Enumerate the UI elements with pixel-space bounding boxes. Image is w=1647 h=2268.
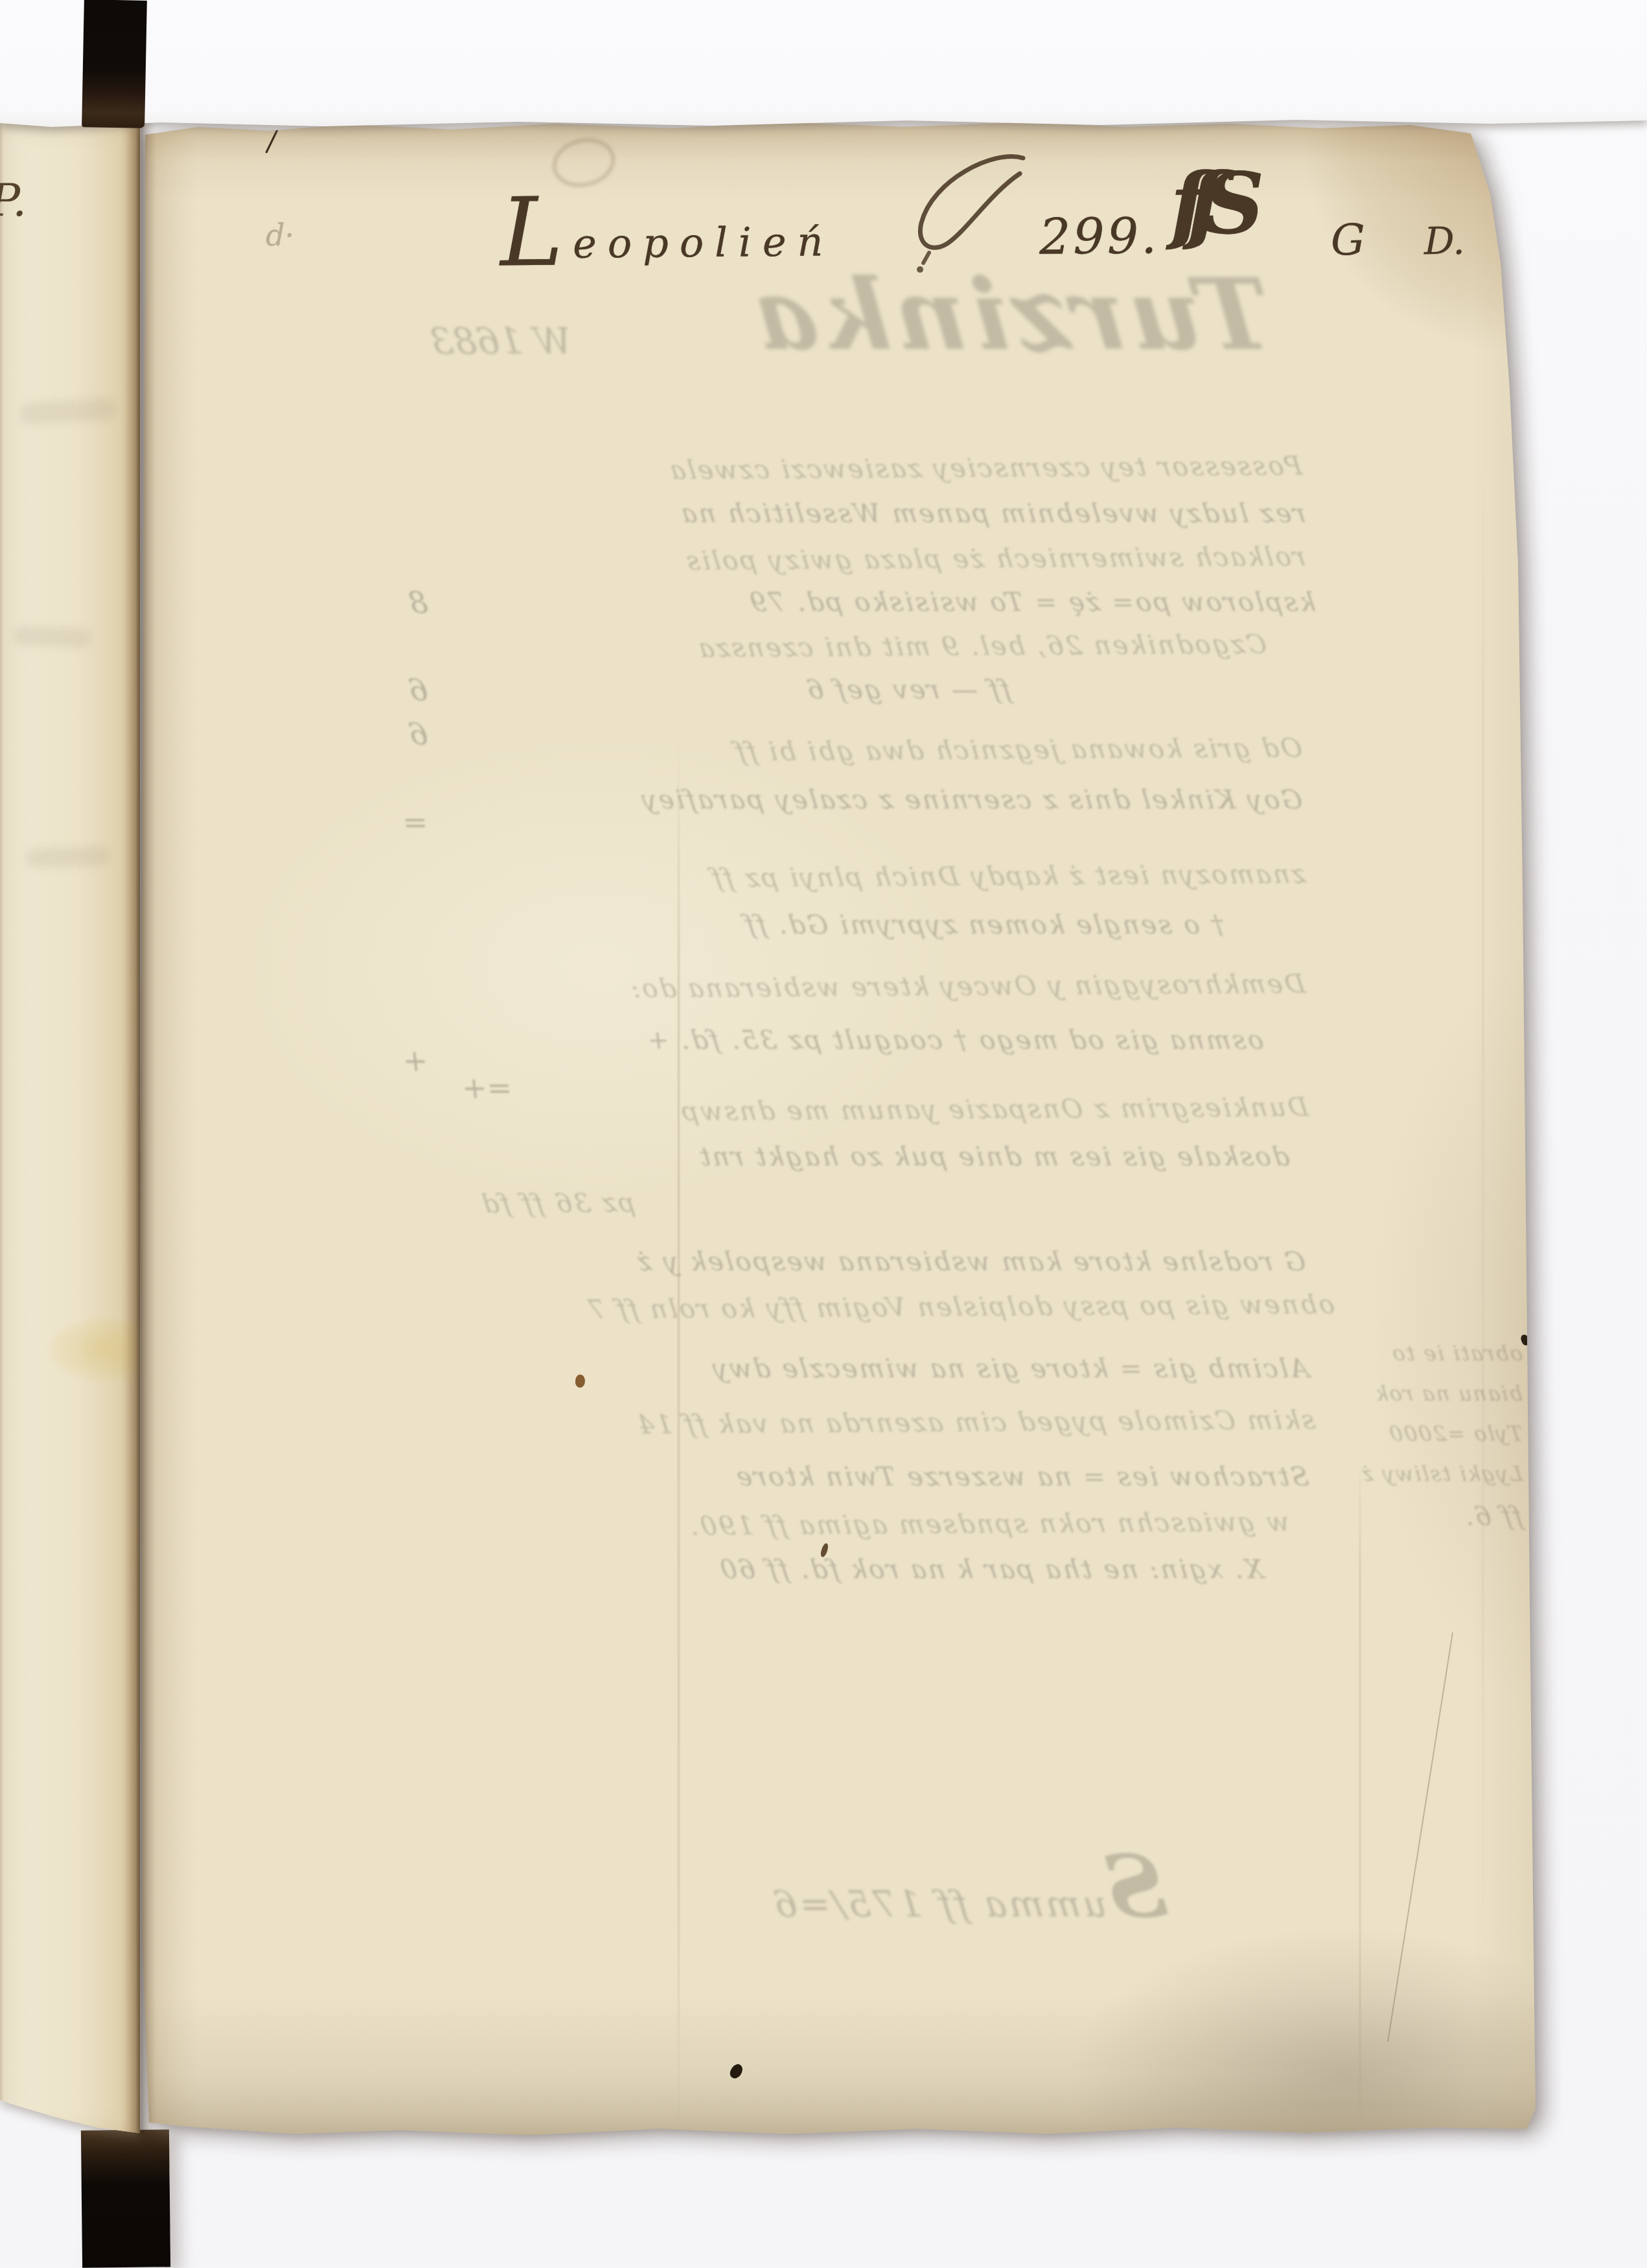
cover-sheet-wrap [0,0,1647,130]
ink-speck [728,2062,746,2081]
showthrough-margin-note: obrati ie to [1390,1341,1525,1366]
page-scratch [1387,1632,1453,2042]
header-title-initial: L [500,178,563,288]
page-crease [678,736,680,2129]
manuscript-page: Turzinka W 1683 Possessor tey czernsciey… [140,120,1572,2136]
showthrough-amount: =+ [460,1070,514,1105]
showthrough-line: rez ludzy wvelebnim panem Wsselitich na [678,499,1307,529]
showthrough-line: ksplorow po= żę = To wsisisko pd. 79 [746,588,1317,617]
header-letter-g: G [1331,215,1365,265]
page-crease [1482,457,1484,1947]
showthrough-line: ff — rev gef 6 [803,675,1013,705]
manuscript-scan: P. Turzinka W 1683 Possessor tey czernsc… [0,0,1647,2267]
showthrough-margin-note: ff 6. [1462,1502,1525,1531]
showthrough-amount: + [401,1043,430,1078]
ink-speck [1520,1334,1530,1347]
showthrough-line: G rodslne ktore kam wsbierana wespolek y… [634,1247,1307,1277]
showthrough-year: W 1683 [428,321,574,363]
ghost-smudge [13,626,91,648]
gutter-shadow [126,120,155,2135]
showthrough-line: Od gris kowana jegznich dwa gbi bi ff [732,733,1304,767]
showthrough-line: Possessor tey czernsciey zasiewczi czwel… [666,452,1304,486]
previous-page-wrap: P. [0,122,140,2138]
showthrough-line: Alcimb gis = ktore gis na wimeczle dwy [709,1354,1311,1384]
ink-blot [574,1374,586,1388]
showthrough-line: rolkach swimerniech że plaza gwizy polis [683,542,1307,577]
showthrough-margin-note: Lygki tsliwy ż [1359,1461,1524,1486]
faint-mark: d· [266,218,294,253]
ghost-smudge [19,398,117,425]
showthrough-line: X. xgin: ne tha par k na rok fd. ff 60 [717,1555,1265,1585]
previous-page-letter: P. [0,174,28,227]
ink-flourish [890,146,1039,276]
showthrough-line: Dunkiesgrim z Onspazie yanum me dnswp [678,1093,1310,1127]
page-crease [1359,1455,1361,2129]
showthrough-line: Goy Kinkel dnis z csernine z czaley para… [638,785,1304,815]
binding-ribbon-top [82,0,147,128]
showthrough-line: znamozyn iest ż kapdy Dnich plnyi pz ff [709,860,1307,893]
cover-sheet [0,0,1647,130]
header-monogram: ffS [1169,154,1245,253]
showthrough-line: † o sengle komen zyprymi Gd. ff [741,910,1226,940]
showthrough-amount: 6 [407,716,430,751]
showthrough-line: Strachow ies = na wszerze Twin ktore [733,1462,1311,1492]
header-letter-d: D. [1424,219,1465,264]
summa-text: umma ff 175/=6 [769,1883,1109,1925]
showthrough-line: doskale gis ies m dnie puk zo hagkt rnt [697,1142,1291,1172]
showthrough-line: w gwiaschn rokn spndsem agima ff 190. [686,1507,1291,1541]
showthrough-line: pz 36 ff fd [478,1188,637,1219]
ghost-smudge [26,846,111,869]
header-page-number: 299. [1039,207,1160,266]
showthrough-summa: Summa ff 175/=6 [765,1837,1172,1937]
showthrough-line: osmna gis od mego † coagult pz 35. fd. + [643,1025,1265,1055]
showthrough-line: skim Czimole pyged cim azenrda na vak ff… [634,1405,1317,1439]
showthrough-amount: 8 [407,585,430,620]
previous-page-sliver: P. [0,122,140,2138]
manuscript-page-wrap: Turzinka W 1683 Possessor tey czernsciey… [140,120,1572,2136]
binding-ribbon-bottom [81,2129,170,2267]
summa-initial: S [1100,1837,1172,1937]
edge-fiber [265,129,278,153]
showthrough-line: Demkhrosyggin y Owcey ktere wsbierana do… [627,969,1307,1003]
showthrough-amount: 6 [407,672,430,707]
ink-speck [820,1542,830,1558]
showthrough-margin-note: Tylo =2000 [1387,1421,1524,1446]
showthrough-amount: = [401,805,430,840]
showthrough-line: Czgodniken 26, bel. 9 mit dni czensza [695,630,1269,663]
header-title: eopolień [573,218,835,268]
showthrough-line: obnew gis po pssy dolpislen Vogim ffy ko… [585,1290,1337,1325]
showthrough-margin-note: bianu na rok [1373,1381,1525,1406]
